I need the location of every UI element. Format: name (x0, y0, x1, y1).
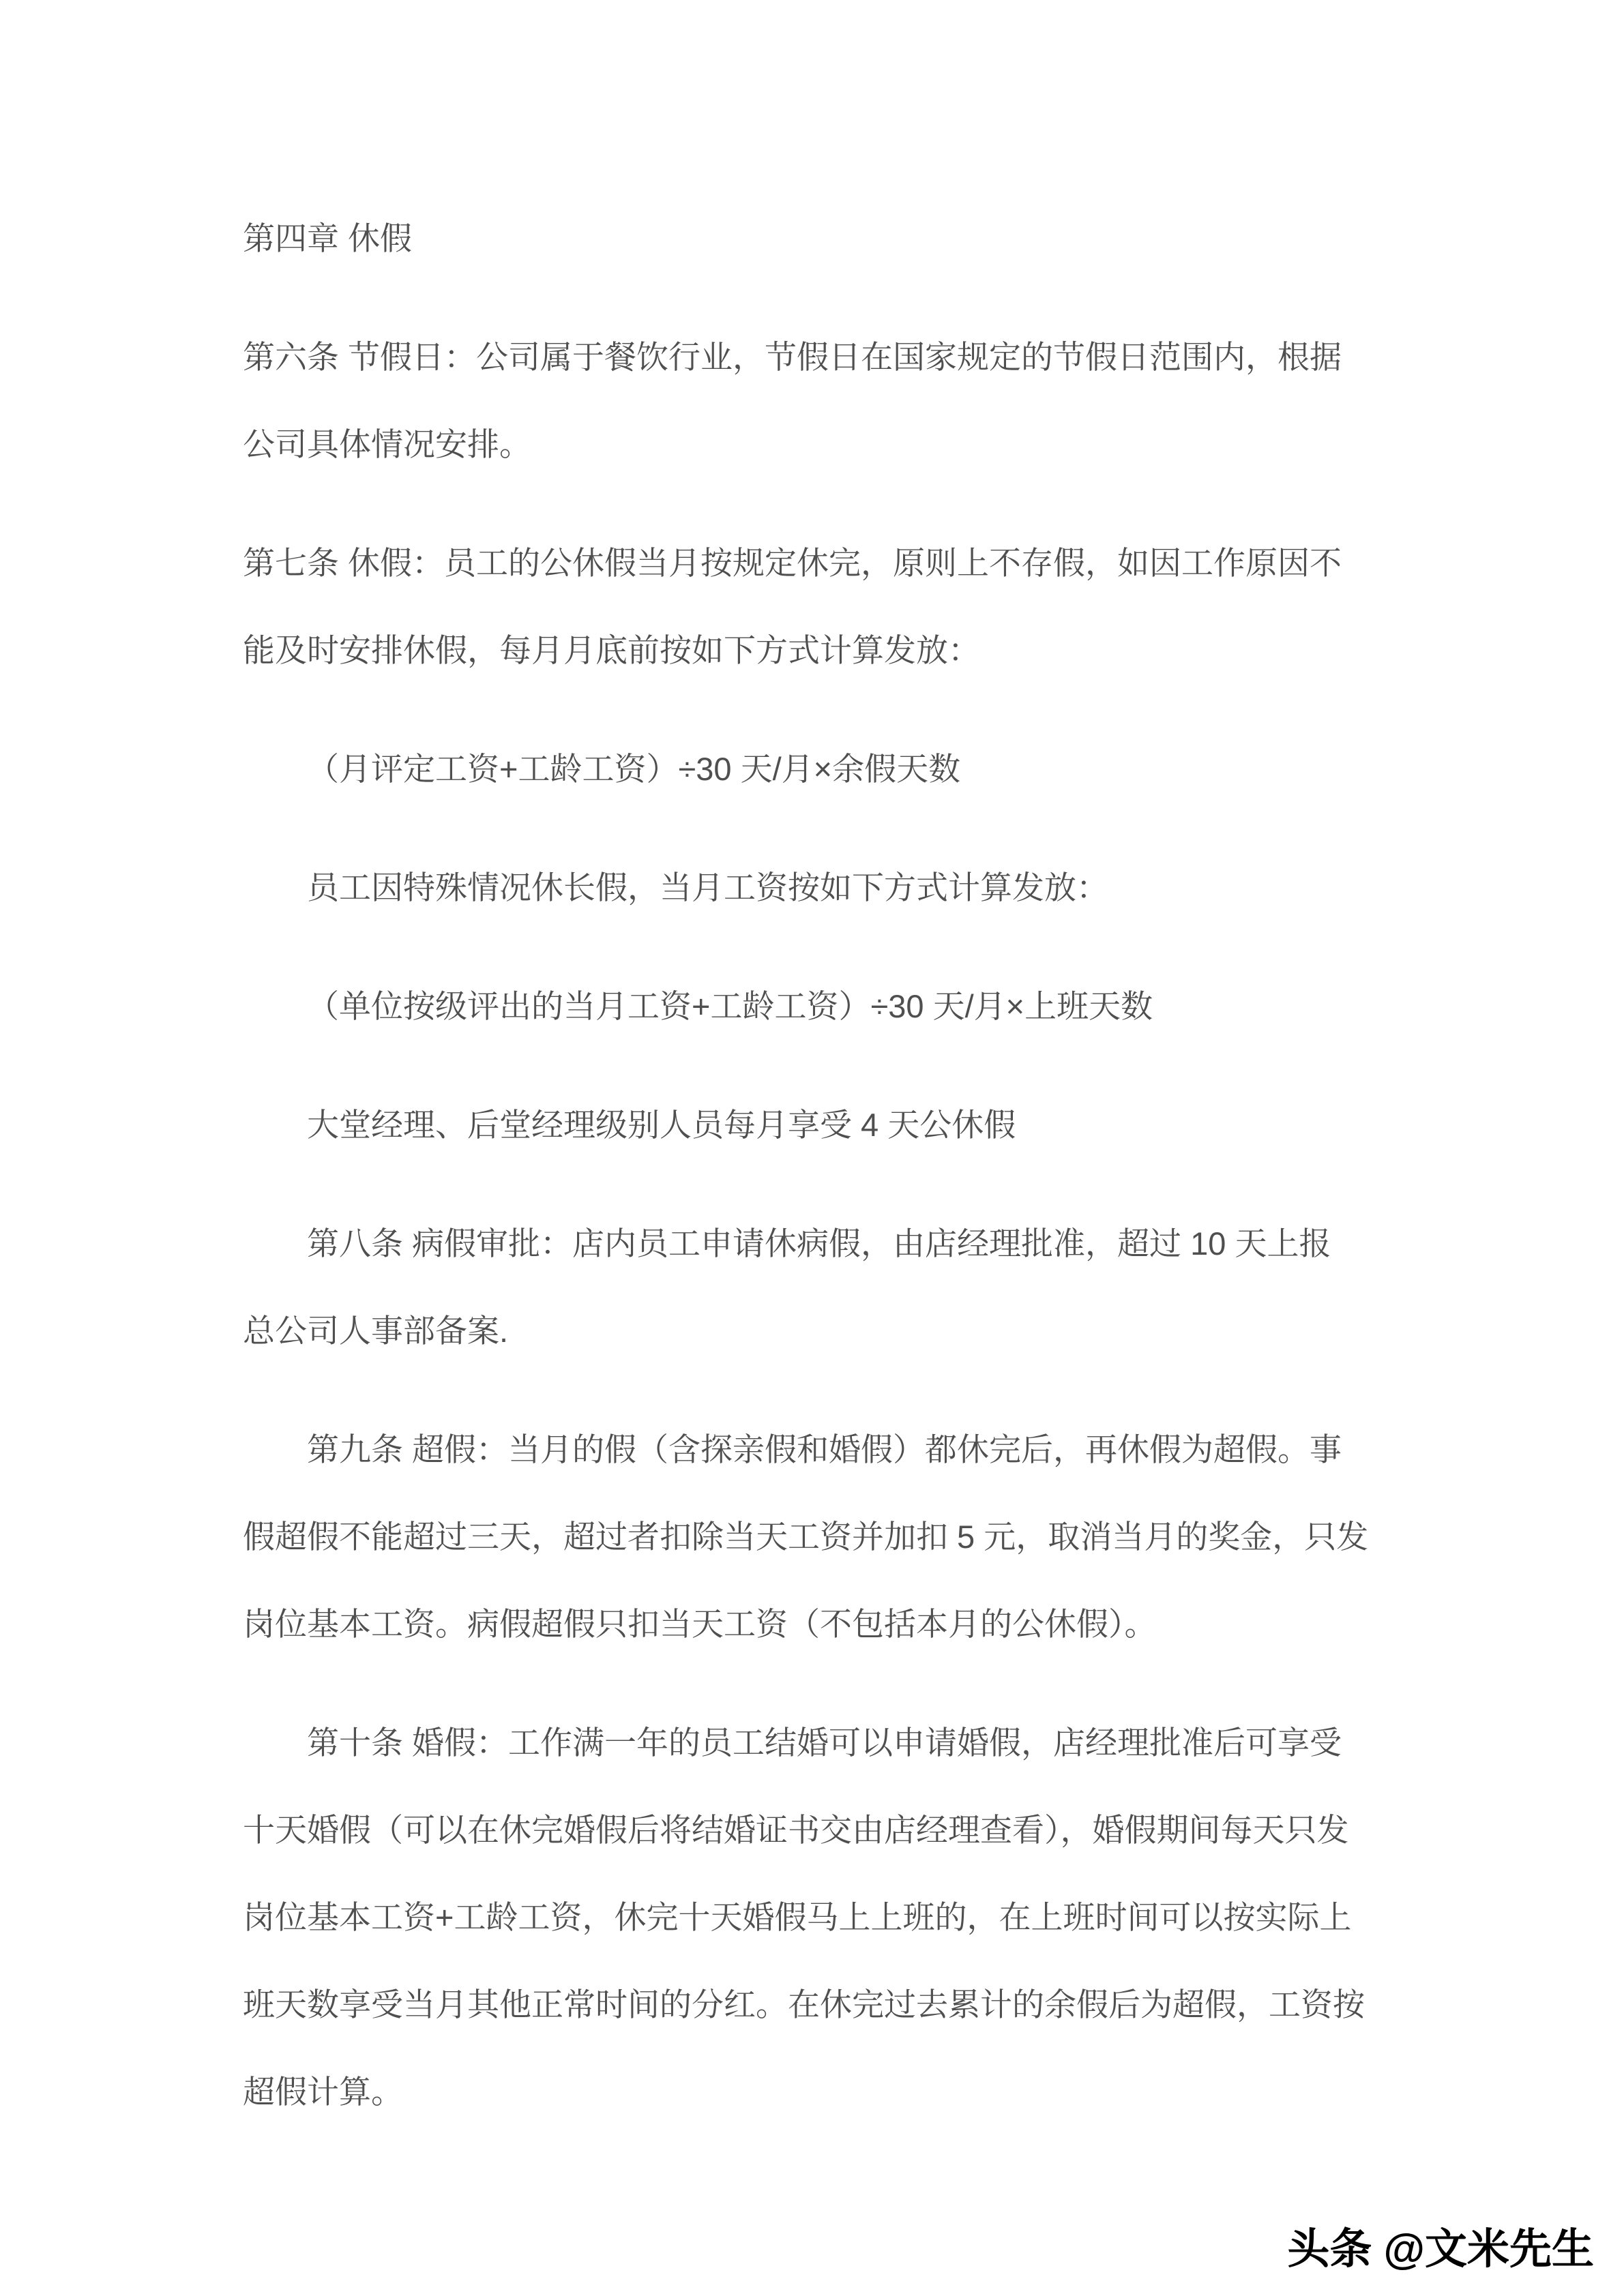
paragraph-manager-leave-note: 大堂经理、后堂经理级别人员每月享受 4 天公休假 (243, 1082, 1376, 1169)
toutiao-watermark: 头条 @文米先生 (1287, 2215, 1594, 2276)
paragraph-long-leave-note: 员工因特殊情况休长假，当月工资按如下方式计算发放： (243, 844, 1376, 931)
paragraph-chapter-heading: 第四章 休假 (243, 195, 1376, 282)
document-body: 第四章 休假第六条 节假日：公司属于餐饮行业，节假日在国家规定的节假日范围内，根… (243, 195, 1376, 2167)
document-page: 第四章 休假第六条 节假日：公司属于餐饮行业，节假日在国家规定的节假日范围内，根… (0, 0, 1624, 2296)
paragraph-article-7-leave: 第七条 休假：员工的公休假当月按规定休完，原则上不存假，如因工作原因不 能及时安… (243, 520, 1376, 694)
paragraph-article-10-marriage-leave: 第十条 婚假：工作满一年的员工结婚可以申请婚假，店经理批准后可享受 十天婚假（可… (243, 1699, 1376, 2136)
paragraph-article-8-sick-leave: 第八条 病假审批：店内员工申请休病假，由店经理批准，超过 10 天上报 总公司人… (243, 1200, 1376, 1375)
paragraph-formula-remaining-leave: （月评定工资+工龄工资）÷30 天/月×余假天数 (243, 726, 1376, 813)
paragraph-article-9-over-leave: 第九条 超假：当月的假（含探亲假和婚假）都休完后，再休假为超假。事 假超假不能超… (243, 1406, 1376, 1668)
paragraph-article-6-holidays: 第六条 节假日：公司属于餐饮行业，节假日在国家规定的节假日范围内，根据 公司具体… (243, 314, 1376, 488)
paragraph-formula-work-days: （单位按级评出的当月工资+工龄工资）÷30 天/月×上班天数 (243, 963, 1376, 1050)
